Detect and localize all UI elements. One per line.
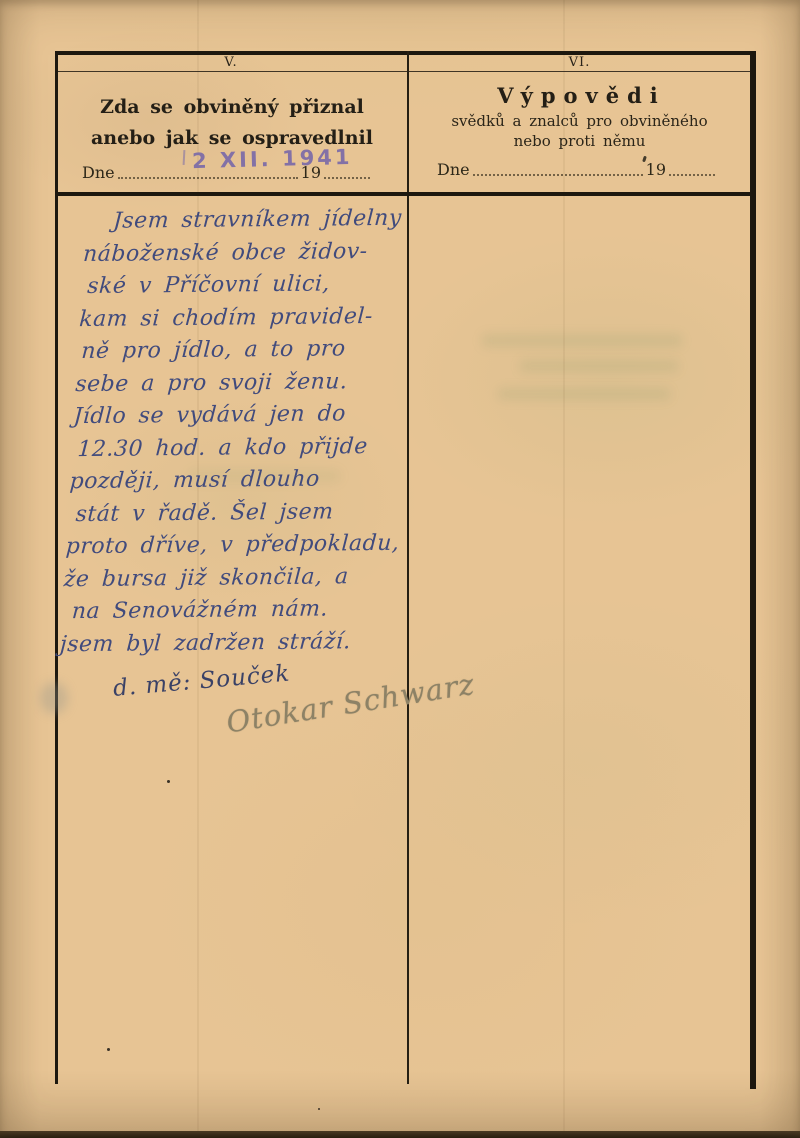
dotted-leader — [118, 163, 298, 179]
right-column-title: Výpovědi — [409, 83, 750, 108]
handwriting-line: kam si chodím pravidel- — [78, 300, 412, 336]
handwriting-line: proto dříve, v předpokladu, — [65, 528, 399, 564]
right-date-label: Dne — [437, 160, 470, 179]
handwriting-line: ně pro jídlo, a to pro — [80, 333, 410, 369]
ink-speck — [107, 1048, 110, 1051]
handwritten-statement: Jsem stravníkem jídelny náboženské obce … — [59, 203, 418, 662]
ink-speck — [318, 1108, 320, 1110]
left-date-label: Dne — [82, 163, 115, 182]
handwriting-line: 12.30 hod. a kdo přijde — [77, 430, 405, 466]
right-year-prefix: 19 — [646, 160, 666, 179]
column-number-underline — [58, 71, 750, 72]
dotted-leader — [669, 160, 715, 176]
left-column-title-line1: Zda se obviněný přiznal — [70, 92, 394, 123]
handwriting-line: že bursa již skončila, a — [63, 560, 397, 596]
right-column-subtitle-line2: nebo proti němu — [409, 131, 750, 151]
gray-smudge — [40, 682, 68, 714]
table-right-border — [750, 51, 756, 1089]
showthrough-smudge — [482, 334, 682, 347]
dotted-leader — [324, 163, 370, 179]
handwriting-line: jsem byl zadržen stráží. — [59, 625, 393, 661]
scan-edge-shadow — [0, 1131, 800, 1138]
showthrough-smudge — [498, 388, 670, 400]
column-number-v: V. — [55, 55, 407, 70]
right-column-subtitle-line1: svědků a znalců pro obviněného — [409, 111, 750, 131]
clerk-signature: d. mě: Souček — [112, 661, 291, 702]
handwriting-line: sebe a pro svoji ženu. — [74, 365, 408, 401]
handwriting-line: na Senovážném nám. — [71, 593, 395, 629]
ink-speck — [167, 780, 170, 783]
handwriting-line: Jsem stravníkem jídelny — [112, 203, 418, 239]
handwriting-line: Jídlo se vydává jen do — [72, 398, 406, 434]
header-body-separator — [55, 192, 756, 196]
handwriting-line: ské v Příčovní ulici, — [86, 268, 414, 304]
right-column-subtitle: svědků a znalců pro obviněného nebo prot… — [409, 111, 750, 151]
column-number-vi: VI. — [409, 55, 750, 70]
left-year-prefix: 19 — [301, 163, 321, 182]
right-date-line: Dne 19 — [437, 159, 715, 179]
handwriting-line: později, musí dlouho — [69, 463, 403, 499]
scanned-form-page: V. VI. Zda se obviněný přiznal anebo jak… — [0, 0, 800, 1138]
dotted-leader — [473, 160, 643, 176]
handwriting-line: stát v řadě. Šel jsem — [75, 495, 401, 531]
table-left-border — [55, 51, 58, 1084]
left-date-line: Dne 19 — [82, 162, 370, 182]
showthrough-smudge — [520, 360, 678, 372]
handwriting-line: náboženské obce židov- — [82, 235, 416, 271]
